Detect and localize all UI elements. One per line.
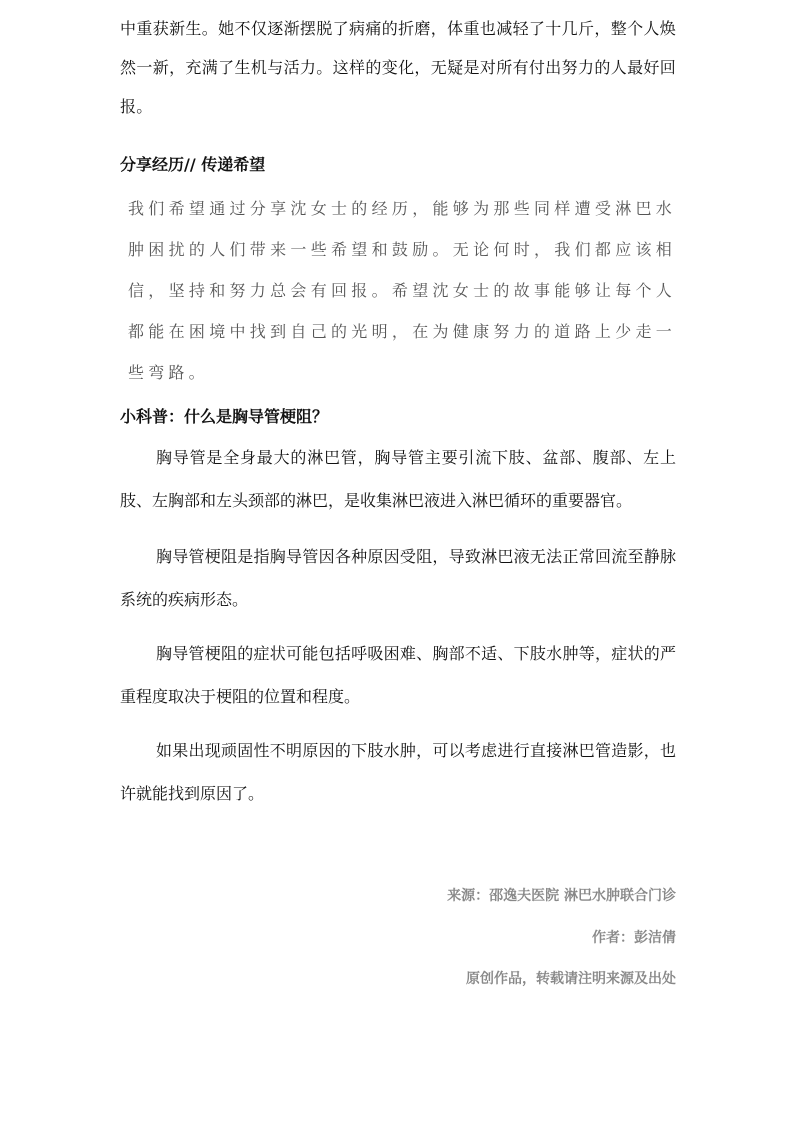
author-credit: 作者：彭洁倩: [592, 928, 676, 948]
science-section-heading: 小科普：什么是胸导管梗阻？: [120, 405, 328, 429]
share-quote-paragraph: 我们希望通过分享沈女士的经历，能够为那些同样遭受淋巴水肿困扰的人们带来一些希望和…: [128, 188, 676, 393]
science-paragraph-4: 如果出现顽固性不明原因的下肢水肿，可以考虑进行直接淋巴管造影，也许就能找到原因了…: [120, 729, 676, 815]
copyright-notice: 原创作品，转载请注明来源及出处: [466, 969, 676, 989]
source-credit: 来源：邵逸夫医院 淋巴水肿联合门诊: [447, 886, 676, 906]
share-section-heading: 分享经历// 传递希望: [120, 153, 265, 177]
intro-paragraph: 中重获新生。她不仅逐渐摆脱了病痛的折磨，体重也减轻了十几斤，整个人焕然一新，充满…: [120, 9, 676, 126]
science-paragraph-1: 胸导管是全身最大的淋巴管，胸导管主要引流下肢、盆部、腹部、左上肢、左胸部和左头颈…: [120, 436, 676, 522]
science-paragraph-2: 胸导管梗阻是指胸导管因各种原因受阻，导致淋巴液无法正常回流至静脉系统的疾病形态。: [120, 535, 676, 621]
science-paragraph-3: 胸导管梗阻的症状可能包括呼吸困难、胸部不适、下肢水肿等，症状的严重程度取决于梗阻…: [120, 632, 676, 718]
